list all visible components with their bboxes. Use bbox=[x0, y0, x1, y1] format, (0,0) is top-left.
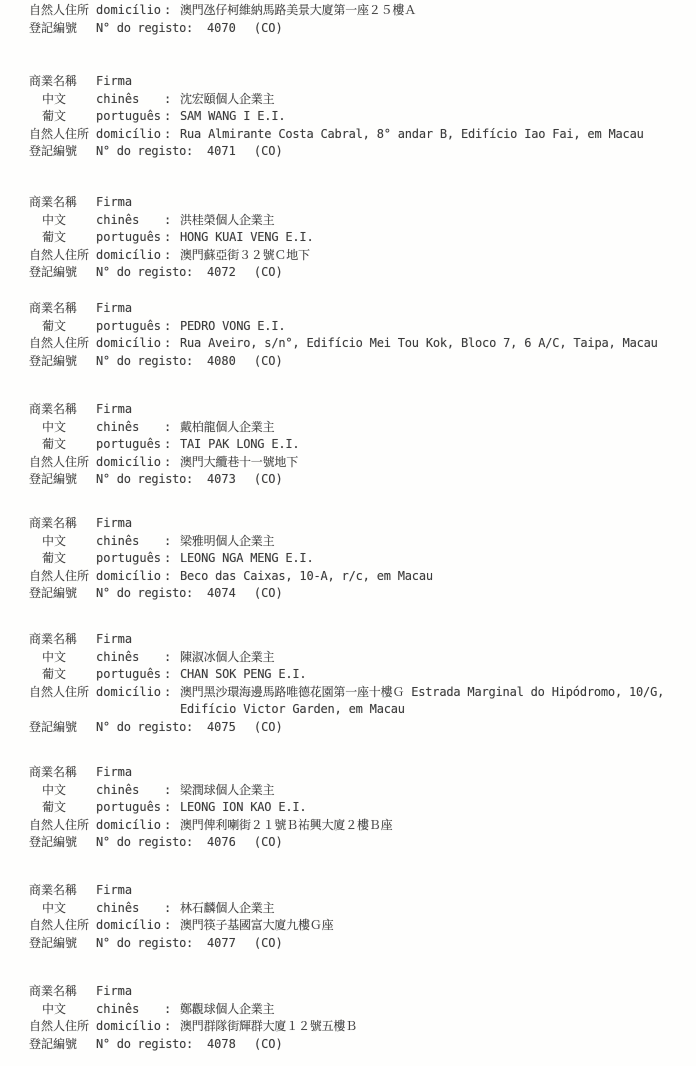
firm-row: 商業名稱 Firma bbox=[0, 764, 696, 782]
domicile-value: 澳門群隊街輝群大廈１２號五樓Ｂ bbox=[180, 1018, 696, 1036]
firm-row: 商業名稱 Firma bbox=[0, 194, 696, 212]
registry-label-zh: 登記編號 bbox=[29, 143, 96, 161]
domicile-row: 自然人住所 domicílio : 澳門黑沙環海邊馬路唯德花園第一座十樓Ｇ Es… bbox=[0, 684, 696, 702]
domicile-label-pt: domicílio bbox=[96, 247, 164, 265]
chinese-name-row: 中文 chinês : 沈宏頤個人企業主 bbox=[0, 91, 696, 109]
registry-row: 登記編號 N° do registo: 4075 (CO) bbox=[0, 719, 696, 737]
registry-suffix: (CO) bbox=[254, 719, 283, 737]
portuguese-name-row: 葡文 português : LEONG ION KAO E.I. bbox=[0, 799, 696, 817]
firm-row: 商業名稱 Firma bbox=[0, 515, 696, 533]
portuguese-name-row: 葡文 português : CHAN SOK PENG E.I. bbox=[0, 666, 696, 684]
colon-separator: : bbox=[164, 108, 180, 126]
colon-separator: : bbox=[164, 229, 180, 247]
colon-separator: : bbox=[164, 568, 180, 586]
portuguese-name-value: LEONG NGA MENG E.I. bbox=[180, 550, 696, 568]
colon-separator: : bbox=[164, 91, 180, 109]
firm-label-pt: Firma bbox=[96, 401, 164, 419]
registry-label-pt: N° do registo: bbox=[96, 143, 193, 161]
registry-row: 登記編號 N° do registo: 4072 (CO) bbox=[0, 264, 696, 282]
colon-separator: : bbox=[164, 817, 180, 835]
colon-separator: : bbox=[164, 454, 180, 472]
registry-label-zh: 登記編號 bbox=[29, 471, 96, 489]
registry-number: 4075 bbox=[207, 719, 236, 737]
domicile-label-pt: domicílio bbox=[96, 1018, 164, 1036]
chinese-label-pt: chinês bbox=[96, 900, 164, 918]
colon-separator: : bbox=[164, 419, 180, 437]
chinese-name-row: 中文 chinês : 林石麟個人企業主 bbox=[0, 900, 696, 918]
domicile-row: 自然人住所 domicílio : Beco das Caixas, 10-A,… bbox=[0, 568, 696, 586]
portuguese-name-row: 葡文 português : LEONG NGA MENG E.I. bbox=[0, 550, 696, 568]
firm-label-pt: Firma bbox=[96, 764, 164, 782]
portuguese-label-zh: 葡文 bbox=[29, 318, 96, 336]
record-block: 商業名稱 Firma 中文 chinês : 梁潤球個人企業主 葡文 portu… bbox=[0, 764, 696, 852]
firm-label-zh: 商業名稱 bbox=[29, 631, 96, 649]
portuguese-name-value: LEONG ION KAO E.I. bbox=[180, 799, 696, 817]
chinese-name-row: 中文 chinês : 戴柏龍個人企業主 bbox=[0, 419, 696, 437]
record-block: 商業名稱 Firma 中文 chinês : 林石麟個人企業主 自然人住所 do… bbox=[0, 882, 696, 952]
firm-label-zh: 商業名稱 bbox=[29, 194, 96, 212]
portuguese-label-pt: português bbox=[96, 436, 164, 454]
firm-label-zh: 商業名稱 bbox=[29, 401, 96, 419]
colon-separator: : bbox=[164, 126, 180, 144]
domicile-value: Rua Almirante Costa Cabral, 8° andar B, … bbox=[180, 126, 696, 144]
registry-suffix: (CO) bbox=[254, 20, 283, 38]
registry-number: 4076 bbox=[207, 834, 236, 852]
domicile-label-zh: 自然人住所 bbox=[29, 247, 96, 265]
colon-separator: : bbox=[164, 2, 180, 20]
registry-number: 4078 bbox=[207, 1036, 236, 1054]
domicile-value: 澳門俾利喇街２１號Ｂ祐興大廈２樓Ｂ座 bbox=[180, 817, 696, 835]
portuguese-label-pt: português bbox=[96, 229, 164, 247]
portuguese-label-zh: 葡文 bbox=[29, 229, 96, 247]
colon-separator: : bbox=[164, 212, 180, 230]
firm-label-zh: 商業名稱 bbox=[29, 73, 96, 91]
colon-separator: : bbox=[164, 550, 180, 568]
domicile-label-zh: 自然人住所 bbox=[29, 568, 96, 586]
portuguese-label-zh: 葡文 bbox=[29, 550, 96, 568]
chinese-name-row: 中文 chinês : 陳淑冰個人企業主 bbox=[0, 649, 696, 667]
registry-row: 登記編號 N° do registo: 4071 (CO) bbox=[0, 143, 696, 161]
registry-row: 登記編號 N° do registo: 4080 (CO) bbox=[0, 353, 696, 371]
colon-separator: : bbox=[164, 900, 180, 918]
domicile-label-pt: domicílio bbox=[96, 568, 164, 586]
portuguese-label-zh: 葡文 bbox=[29, 436, 96, 454]
registry-suffix: (CO) bbox=[254, 353, 283, 371]
domicile-label-pt: domicílio bbox=[96, 2, 164, 20]
domicile-value: 澳門大纜巷十一號地下 bbox=[180, 454, 696, 472]
domicile-value: 澳門黑沙環海邊馬路唯德花園第一座十樓Ｇ Estrada Marginal do … bbox=[180, 684, 696, 702]
domicile-label-pt: domicílio bbox=[96, 454, 164, 472]
firm-row: 商業名稱 Firma bbox=[0, 631, 696, 649]
portuguese-label-pt: português bbox=[96, 108, 164, 126]
record-block: 商業名稱 Firma 中文 chinês : 沈宏頤個人企業主 葡文 portu… bbox=[0, 73, 696, 161]
chinese-label-zh: 中文 bbox=[29, 1001, 96, 1019]
registry-label-pt: N° do registo: bbox=[96, 471, 193, 489]
colon-separator: : bbox=[164, 1001, 180, 1019]
chinese-label-pt: chinês bbox=[96, 91, 164, 109]
domicile-value: 澳門筷子基國富大廈九樓Ｇ座 bbox=[180, 917, 696, 935]
domicile-row: 自然人住所 domicílio : 澳門大纜巷十一號地下 bbox=[0, 454, 696, 472]
chinese-name-value: 洪桂榮個人企業主 bbox=[180, 212, 696, 230]
portuguese-label-zh: 葡文 bbox=[29, 108, 96, 126]
colon-separator: : bbox=[164, 917, 180, 935]
portuguese-name-value: HONG KUAI VENG E.I. bbox=[180, 229, 696, 247]
registry-label-pt: N° do registo: bbox=[96, 264, 193, 282]
colon-separator: : bbox=[164, 436, 180, 454]
chinese-name-row: 中文 chinês : 梁雅明個人企業主 bbox=[0, 533, 696, 551]
registry-row: 登記編號 N° do registo: 4078 (CO) bbox=[0, 1036, 696, 1054]
firm-label-zh: 商業名稱 bbox=[29, 882, 96, 900]
registry-label-pt: N° do registo: bbox=[96, 1036, 193, 1054]
registry-label-zh: 登記編號 bbox=[29, 20, 96, 38]
chinese-name-value: 沈宏頤個人企業主 bbox=[180, 91, 696, 109]
portuguese-label-pt: português bbox=[96, 799, 164, 817]
chinese-name-value: 鄭觀球個人企業主 bbox=[180, 1001, 696, 1019]
domicile-continuation-row: Edifício Victor Garden, em Macau bbox=[0, 701, 696, 719]
colon-separator: : bbox=[164, 1018, 180, 1036]
colon-separator: : bbox=[164, 684, 180, 702]
domicile-row: 自然人住所 domicílio : 澳門筷子基國富大廈九樓Ｇ座 bbox=[0, 917, 696, 935]
portuguese-name-row: 葡文 português : SAM WANG I E.I. bbox=[0, 108, 696, 126]
chinese-label-zh: 中文 bbox=[29, 533, 96, 551]
firm-label-pt: Firma bbox=[96, 515, 164, 533]
domicile-label-zh: 自然人住所 bbox=[29, 817, 96, 835]
domicile-label-zh: 自然人住所 bbox=[29, 335, 96, 353]
domicile-label-zh: 自然人住所 bbox=[29, 917, 96, 935]
domicile-label-zh: 自然人住所 bbox=[29, 126, 96, 144]
domicile-label-pt: domicílio bbox=[96, 917, 164, 935]
domicile-value-line2: Edifício Victor Garden, em Macau bbox=[180, 701, 696, 719]
registry-number: 4077 bbox=[207, 935, 236, 953]
domicile-label-zh: 自然人住所 bbox=[29, 1018, 96, 1036]
record-block-partial: 自然人住所 domicílio : 澳門氹仔柯維納馬路美景大廈第一座２５樓Ａ 登… bbox=[0, 2, 696, 37]
colon-separator: : bbox=[164, 649, 180, 667]
registry-suffix: (CO) bbox=[254, 1036, 283, 1054]
domicile-label-pt: domicílio bbox=[96, 335, 164, 353]
firm-row: 商業名稱 Firma bbox=[0, 73, 696, 91]
colon-separator: : bbox=[164, 533, 180, 551]
record-block: 商業名稱 Firma 中文 chinês : 梁雅明個人企業主 葡文 portu… bbox=[0, 515, 696, 603]
record-block: 商業名稱 Firma 中文 chinês : 洪桂榮個人企業主 葡文 portu… bbox=[0, 194, 696, 282]
firm-label-pt: Firma bbox=[96, 882, 164, 900]
registry-suffix: (CO) bbox=[254, 935, 283, 953]
registry-label-zh: 登記編號 bbox=[29, 935, 96, 953]
domicile-label-zh: 自然人住所 bbox=[29, 684, 96, 702]
portuguese-label-zh: 葡文 bbox=[29, 666, 96, 684]
portuguese-name-row: 葡文 português : TAI PAK LONG E.I. bbox=[0, 436, 696, 454]
registry-suffix: (CO) bbox=[254, 585, 283, 603]
registry-number: 4073 bbox=[207, 471, 236, 489]
registry-suffix: (CO) bbox=[254, 471, 283, 489]
registry-suffix: (CO) bbox=[254, 143, 283, 161]
registry-label-pt: N° do registo: bbox=[96, 353, 193, 371]
portuguese-name-row: 葡文 português : HONG KUAI VENG E.I. bbox=[0, 229, 696, 247]
registry-number: 4074 bbox=[207, 585, 236, 603]
firm-label-pt: Firma bbox=[96, 300, 164, 318]
firm-row: 商業名稱 Firma bbox=[0, 401, 696, 419]
chinese-label-pt: chinês bbox=[96, 533, 164, 551]
firm-label-zh: 商業名稱 bbox=[29, 515, 96, 533]
firm-label-pt: Firma bbox=[96, 73, 164, 91]
registry-number: 4070 bbox=[207, 20, 236, 38]
registry-label-pt: N° do registo: bbox=[96, 585, 193, 603]
portuguese-label-zh: 葡文 bbox=[29, 799, 96, 817]
portuguese-label-pt: português bbox=[96, 318, 164, 336]
registry-number: 4072 bbox=[207, 264, 236, 282]
firm-label-pt: Firma bbox=[96, 194, 164, 212]
portuguese-name-value: SAM WANG I E.I. bbox=[180, 108, 696, 126]
domicile-row: 自然人住所 domicílio : Rua Aveiro, s/n°, Edif… bbox=[0, 335, 696, 353]
portuguese-name-value: TAI PAK LONG E.I. bbox=[180, 436, 696, 454]
firm-label-zh: 商業名稱 bbox=[29, 764, 96, 782]
firm-label-pt: Firma bbox=[96, 983, 164, 1001]
domicile-value: Beco das Caixas, 10-A, r/c, em Macau bbox=[180, 568, 696, 586]
domicile-row: 自然人住所 domicílio : 澳門蘇亞街３２號Ｃ地下 bbox=[0, 247, 696, 265]
chinese-name-value: 梁潤球個人企業主 bbox=[180, 782, 696, 800]
firm-label-pt: Firma bbox=[96, 631, 164, 649]
chinese-label-zh: 中文 bbox=[29, 91, 96, 109]
colon-separator: : bbox=[164, 318, 180, 336]
domicile-value: Rua Aveiro, s/n°, Edifício Mei Tou Kok, … bbox=[180, 335, 696, 353]
chinese-name-value: 戴柏龍個人企業主 bbox=[180, 419, 696, 437]
chinese-label-zh: 中文 bbox=[29, 419, 96, 437]
domicile-value: 澳門氹仔柯維納馬路美景大廈第一座２５樓Ａ bbox=[180, 2, 696, 20]
colon-separator: : bbox=[164, 782, 180, 800]
registry-row: 登記編號 N° do registo: 4073 (CO) bbox=[0, 471, 696, 489]
domicile-label-pt: domicílio bbox=[96, 684, 164, 702]
colon-separator: : bbox=[164, 335, 180, 353]
firm-row: 商業名稱 Firma bbox=[0, 983, 696, 1001]
registry-label-zh: 登記編號 bbox=[29, 264, 96, 282]
gazette-page: 自然人住所 domicílio : 澳門氹仔柯維納馬路美景大廈第一座２５樓Ａ 登… bbox=[0, 0, 696, 1066]
colon-separator: : bbox=[164, 247, 180, 265]
chinese-label-zh: 中文 bbox=[29, 212, 96, 230]
domicile-label-pt: domicílio bbox=[96, 126, 164, 144]
firm-label-zh: 商業名稱 bbox=[29, 300, 96, 318]
registry-number: 4071 bbox=[207, 143, 236, 161]
portuguese-name-row: 葡文 português : PEDRO VONG E.I. bbox=[0, 318, 696, 336]
registry-row: 登記編號 N° do registo: 4077 (CO) bbox=[0, 935, 696, 953]
record-block: 商業名稱 Firma 葡文 português : PEDRO VONG E.I… bbox=[0, 300, 696, 370]
domicile-label-pt: domicílio bbox=[96, 817, 164, 835]
record-block: 商業名稱 Firma 中文 chinês : 戴柏龍個人企業主 葡文 portu… bbox=[0, 401, 696, 489]
chinese-label-pt: chinês bbox=[96, 782, 164, 800]
chinese-name-row: 中文 chinês : 梁潤球個人企業主 bbox=[0, 782, 696, 800]
registry-label-zh: 登記編號 bbox=[29, 719, 96, 737]
chinese-label-pt: chinês bbox=[96, 649, 164, 667]
domicile-value: 澳門蘇亞街３２號Ｃ地下 bbox=[180, 247, 696, 265]
domicile-row: 自然人住所 domicílio : 澳門俾利喇街２１號Ｂ祐興大廈２樓Ｂ座 bbox=[0, 817, 696, 835]
registry-label-pt: N° do registo: bbox=[96, 834, 193, 852]
chinese-label-pt: chinês bbox=[96, 1001, 164, 1019]
chinese-name-value: 陳淑冰個人企業主 bbox=[180, 649, 696, 667]
registry-row: 登記編號 N° do registo: 4076 (CO) bbox=[0, 834, 696, 852]
chinese-name-row: 中文 chinês : 鄭觀球個人企業主 bbox=[0, 1001, 696, 1019]
chinese-name-value: 林石麟個人企業主 bbox=[180, 900, 696, 918]
firm-row: 商業名稱 Firma bbox=[0, 882, 696, 900]
colon-separator: : bbox=[164, 666, 180, 684]
portuguese-label-pt: português bbox=[96, 550, 164, 568]
registry-row: 登記編號 N° do registo: 4074 (CO) bbox=[0, 585, 696, 603]
record-block: 商業名稱 Firma 中文 chinês : 陳淑冰個人企業主 葡文 portu… bbox=[0, 631, 696, 736]
chinese-label-zh: 中文 bbox=[29, 782, 96, 800]
registry-row: 登記編號 N° do registo: 4070 (CO) bbox=[0, 20, 696, 38]
record-block: 商業名稱 Firma 中文 chinês : 鄭觀球個人企業主 自然人住所 do… bbox=[0, 983, 696, 1053]
chinese-name-row: 中文 chinês : 洪桂榮個人企業主 bbox=[0, 212, 696, 230]
domicile-label-zh: 自然人住所 bbox=[29, 2, 96, 20]
domicile-row: 自然人住所 domicílio : Rua Almirante Costa Ca… bbox=[0, 126, 696, 144]
colon-separator: : bbox=[164, 799, 180, 817]
portuguese-name-value: CHAN SOK PENG E.I. bbox=[180, 666, 696, 684]
domicile-row: 自然人住所 domicílio : 澳門氹仔柯維納馬路美景大廈第一座２５樓Ａ bbox=[0, 2, 696, 20]
registry-suffix: (CO) bbox=[254, 264, 283, 282]
chinese-label-zh: 中文 bbox=[29, 649, 96, 667]
registry-label-pt: N° do registo: bbox=[96, 719, 193, 737]
domicile-row: 自然人住所 domicílio : 澳門群隊街輝群大廈１２號五樓Ｂ bbox=[0, 1018, 696, 1036]
registry-label-zh: 登記編號 bbox=[29, 585, 96, 603]
registry-suffix: (CO) bbox=[254, 834, 283, 852]
registry-label-zh: 登記編號 bbox=[29, 1036, 96, 1054]
chinese-name-value: 梁雅明個人企業主 bbox=[180, 533, 696, 551]
portuguese-label-pt: português bbox=[96, 666, 164, 684]
registry-label-pt: N° do registo: bbox=[96, 935, 193, 953]
registry-label-zh: 登記編號 bbox=[29, 834, 96, 852]
chinese-label-pt: chinês bbox=[96, 212, 164, 230]
chinese-label-zh: 中文 bbox=[29, 900, 96, 918]
portuguese-name-value: PEDRO VONG E.I. bbox=[180, 318, 696, 336]
chinese-label-pt: chinês bbox=[96, 419, 164, 437]
firm-label-zh: 商業名稱 bbox=[29, 983, 96, 1001]
registry-number: 4080 bbox=[207, 353, 236, 371]
registry-label-zh: 登記編號 bbox=[29, 353, 96, 371]
firm-row: 商業名稱 Firma bbox=[0, 300, 696, 318]
domicile-label-zh: 自然人住所 bbox=[29, 454, 96, 472]
registry-label-pt: N° do registo: bbox=[96, 20, 193, 38]
